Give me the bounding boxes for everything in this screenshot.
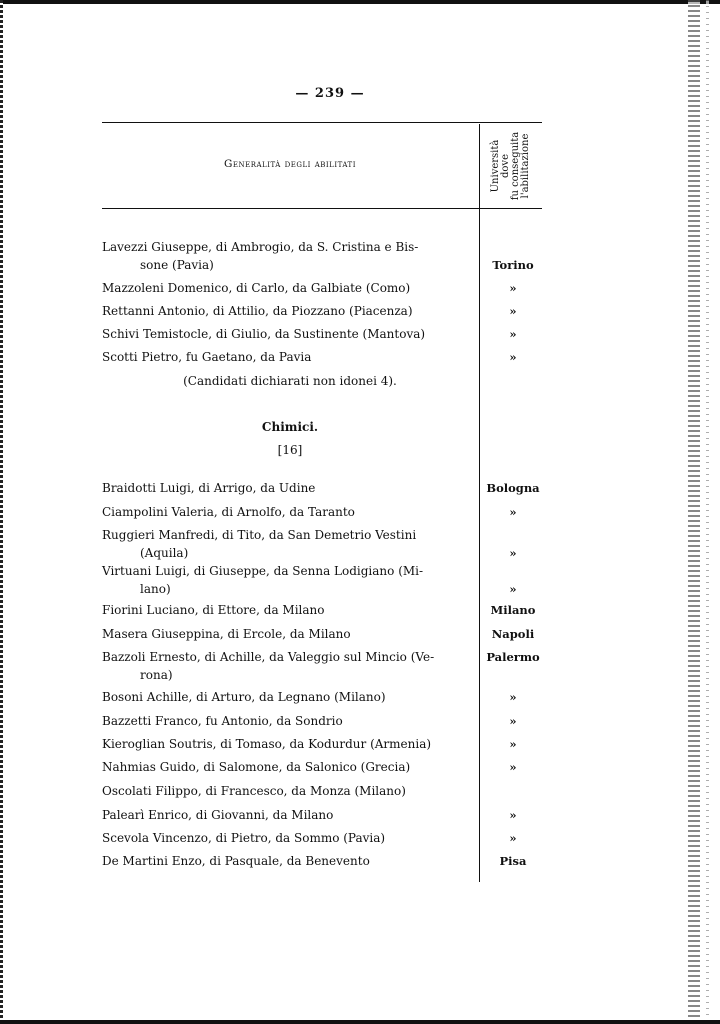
person-entry: Ciampolini Valeria, di Arnolfo, da Taran… (102, 503, 464, 521)
person-entry-line: Bosoni Achille, di Arturo, da Legnano (M… (102, 690, 386, 704)
person-entry-line: Oscolati Filippo, di Francesco, da Monza… (102, 784, 406, 798)
person-entry-line: Schivi Temistocle, di Giulio, da Sustine… (102, 327, 425, 341)
university-cell: » (484, 302, 542, 320)
university-cell: Pisa (484, 852, 542, 870)
university-cell: » (484, 735, 542, 753)
scan-border-top (0, 0, 720, 4)
person-entry-continuation: (Aquila) (102, 544, 464, 562)
university-cell: » (484, 758, 542, 776)
scan-border-left (0, 0, 3, 1024)
person-entry-continuation: rona) (102, 666, 464, 684)
section-count: [16] (102, 443, 478, 457)
person-entry: Kieroglian Soutris, di Tomaso, da Kodurd… (102, 735, 464, 753)
person-entry-line: Kieroglian Soutris, di Tomaso, da Kodurd… (102, 737, 431, 751)
university-cell: Napoli (484, 625, 542, 643)
scan-border-right (688, 0, 700, 1024)
column-separator (479, 124, 480, 882)
university-cell: » (484, 325, 542, 343)
university-cell: » (484, 712, 542, 730)
person-entry-line: Palearì Enrico, di Giovanni, da Milano (102, 808, 333, 822)
university-cell: » (484, 544, 542, 562)
person-entry: Palearì Enrico, di Giovanni, da Milano (102, 806, 464, 824)
person-entry: Bosoni Achille, di Arturo, da Legnano (M… (102, 688, 464, 706)
person-entry-line: Rettanni Antonio, di Attilio, da Piozzan… (102, 304, 413, 318)
note-not-qualified: (Candidati dichiarati non idonei 4). (102, 374, 478, 388)
person-entry: Mazzoleni Domenico, di Carlo, da Galbiat… (102, 279, 464, 297)
person-entry: Oscolati Filippo, di Francesco, da Monza… (102, 782, 464, 800)
person-entry-continuation: sone (Pavia) (102, 256, 464, 274)
person-entry-line: Ruggieri Manfredi, di Tito, da San Demet… (102, 528, 416, 542)
university-cell: Bologna (484, 479, 542, 497)
university-cell: Milano (484, 601, 542, 619)
person-entry: Schivi Temistocle, di Giulio, da Sustine… (102, 325, 464, 343)
person-entry: Rettanni Antonio, di Attilio, da Piozzan… (102, 302, 464, 320)
person-entry: Ruggieri Manfredi, di Tito, da San Demet… (102, 526, 464, 562)
person-entry-line: Bazzoli Ernesto, di Achille, da Valeggio… (102, 650, 434, 664)
university-cell: » (484, 829, 542, 847)
person-entry-line: Nahmias Guido, di Salomone, da Salonico … (102, 760, 410, 774)
scan-border-right-edge (706, 0, 709, 1024)
person-entry-line: Lavezzi Giuseppe, di Ambrogio, da S. Cri… (102, 240, 418, 254)
header-line: l'abilitazione (521, 124, 531, 208)
university-cell: Palermo (484, 648, 542, 666)
person-entry-line: Ciampolini Valeria, di Arnolfo, da Taran… (102, 505, 355, 519)
person-entry-line: Bazzetti Franco, fu Antonio, da Sondrio (102, 714, 343, 728)
column-header-names: Generalità degli abilitati (102, 158, 478, 170)
person-entry-line: Scevola Vincenzo, di Pietro, da Sommo (P… (102, 831, 385, 845)
university-cell: » (484, 279, 542, 297)
university-cell: » (484, 580, 542, 598)
person-entry: Scotti Pietro, fu Gaetano, da Pavia (102, 348, 464, 366)
page-number: — 239 — (280, 86, 380, 101)
university-cell: » (484, 688, 542, 706)
scan-border-bottom (0, 1020, 720, 1024)
university-cell: » (484, 503, 542, 521)
person-entry-continuation: lano) (102, 580, 464, 598)
table-top-rule (102, 122, 542, 123)
column-header-university: Università dove fu conseguita l'abilitaz… (480, 124, 542, 208)
person-entry-line: Virtuani Luigi, di Giuseppe, da Senna Lo… (102, 564, 423, 578)
person-entry-line: Masera Giuseppina, di Ercole, da Milano (102, 627, 351, 641)
person-entry: Masera Giuseppina, di Ercole, da Milano (102, 625, 464, 643)
person-entry-line: Braidotti Luigi, di Arrigo, da Udine (102, 481, 315, 495)
person-entry: Lavezzi Giuseppe, di Ambrogio, da S. Cri… (102, 238, 464, 274)
person-entry-line: De Martini Enzo, di Pasquale, da Beneven… (102, 854, 370, 868)
person-entry-line: Fiorini Luciano, di Ettore, da Milano (102, 603, 325, 617)
person-entry: Fiorini Luciano, di Ettore, da Milano (102, 601, 464, 619)
person-entry: Scevola Vincenzo, di Pietro, da Sommo (P… (102, 829, 464, 847)
university-cell: Torino (484, 256, 542, 274)
person-entry: Braidotti Luigi, di Arrigo, da Udine (102, 479, 464, 497)
university-cell: » (484, 806, 542, 824)
column-header-university-text: Università dove fu conseguita l'abilitaz… (491, 124, 531, 208)
table-header-rule (102, 208, 542, 209)
section-title: Chimici. (102, 420, 478, 434)
person-entry: Virtuani Luigi, di Giuseppe, da Senna Lo… (102, 562, 464, 598)
person-entry: Bazzetti Franco, fu Antonio, da Sondrio (102, 712, 464, 730)
person-entry: Bazzoli Ernesto, di Achille, da Valeggio… (102, 648, 464, 684)
person-entry: De Martini Enzo, di Pasquale, da Beneven… (102, 852, 464, 870)
person-entry: Nahmias Guido, di Salomone, da Salonico … (102, 758, 464, 776)
person-entry-line: Scotti Pietro, fu Gaetano, da Pavia (102, 350, 311, 364)
university-cell: » (484, 348, 542, 366)
person-entry-line: Mazzoleni Domenico, di Carlo, da Galbiat… (102, 281, 410, 295)
